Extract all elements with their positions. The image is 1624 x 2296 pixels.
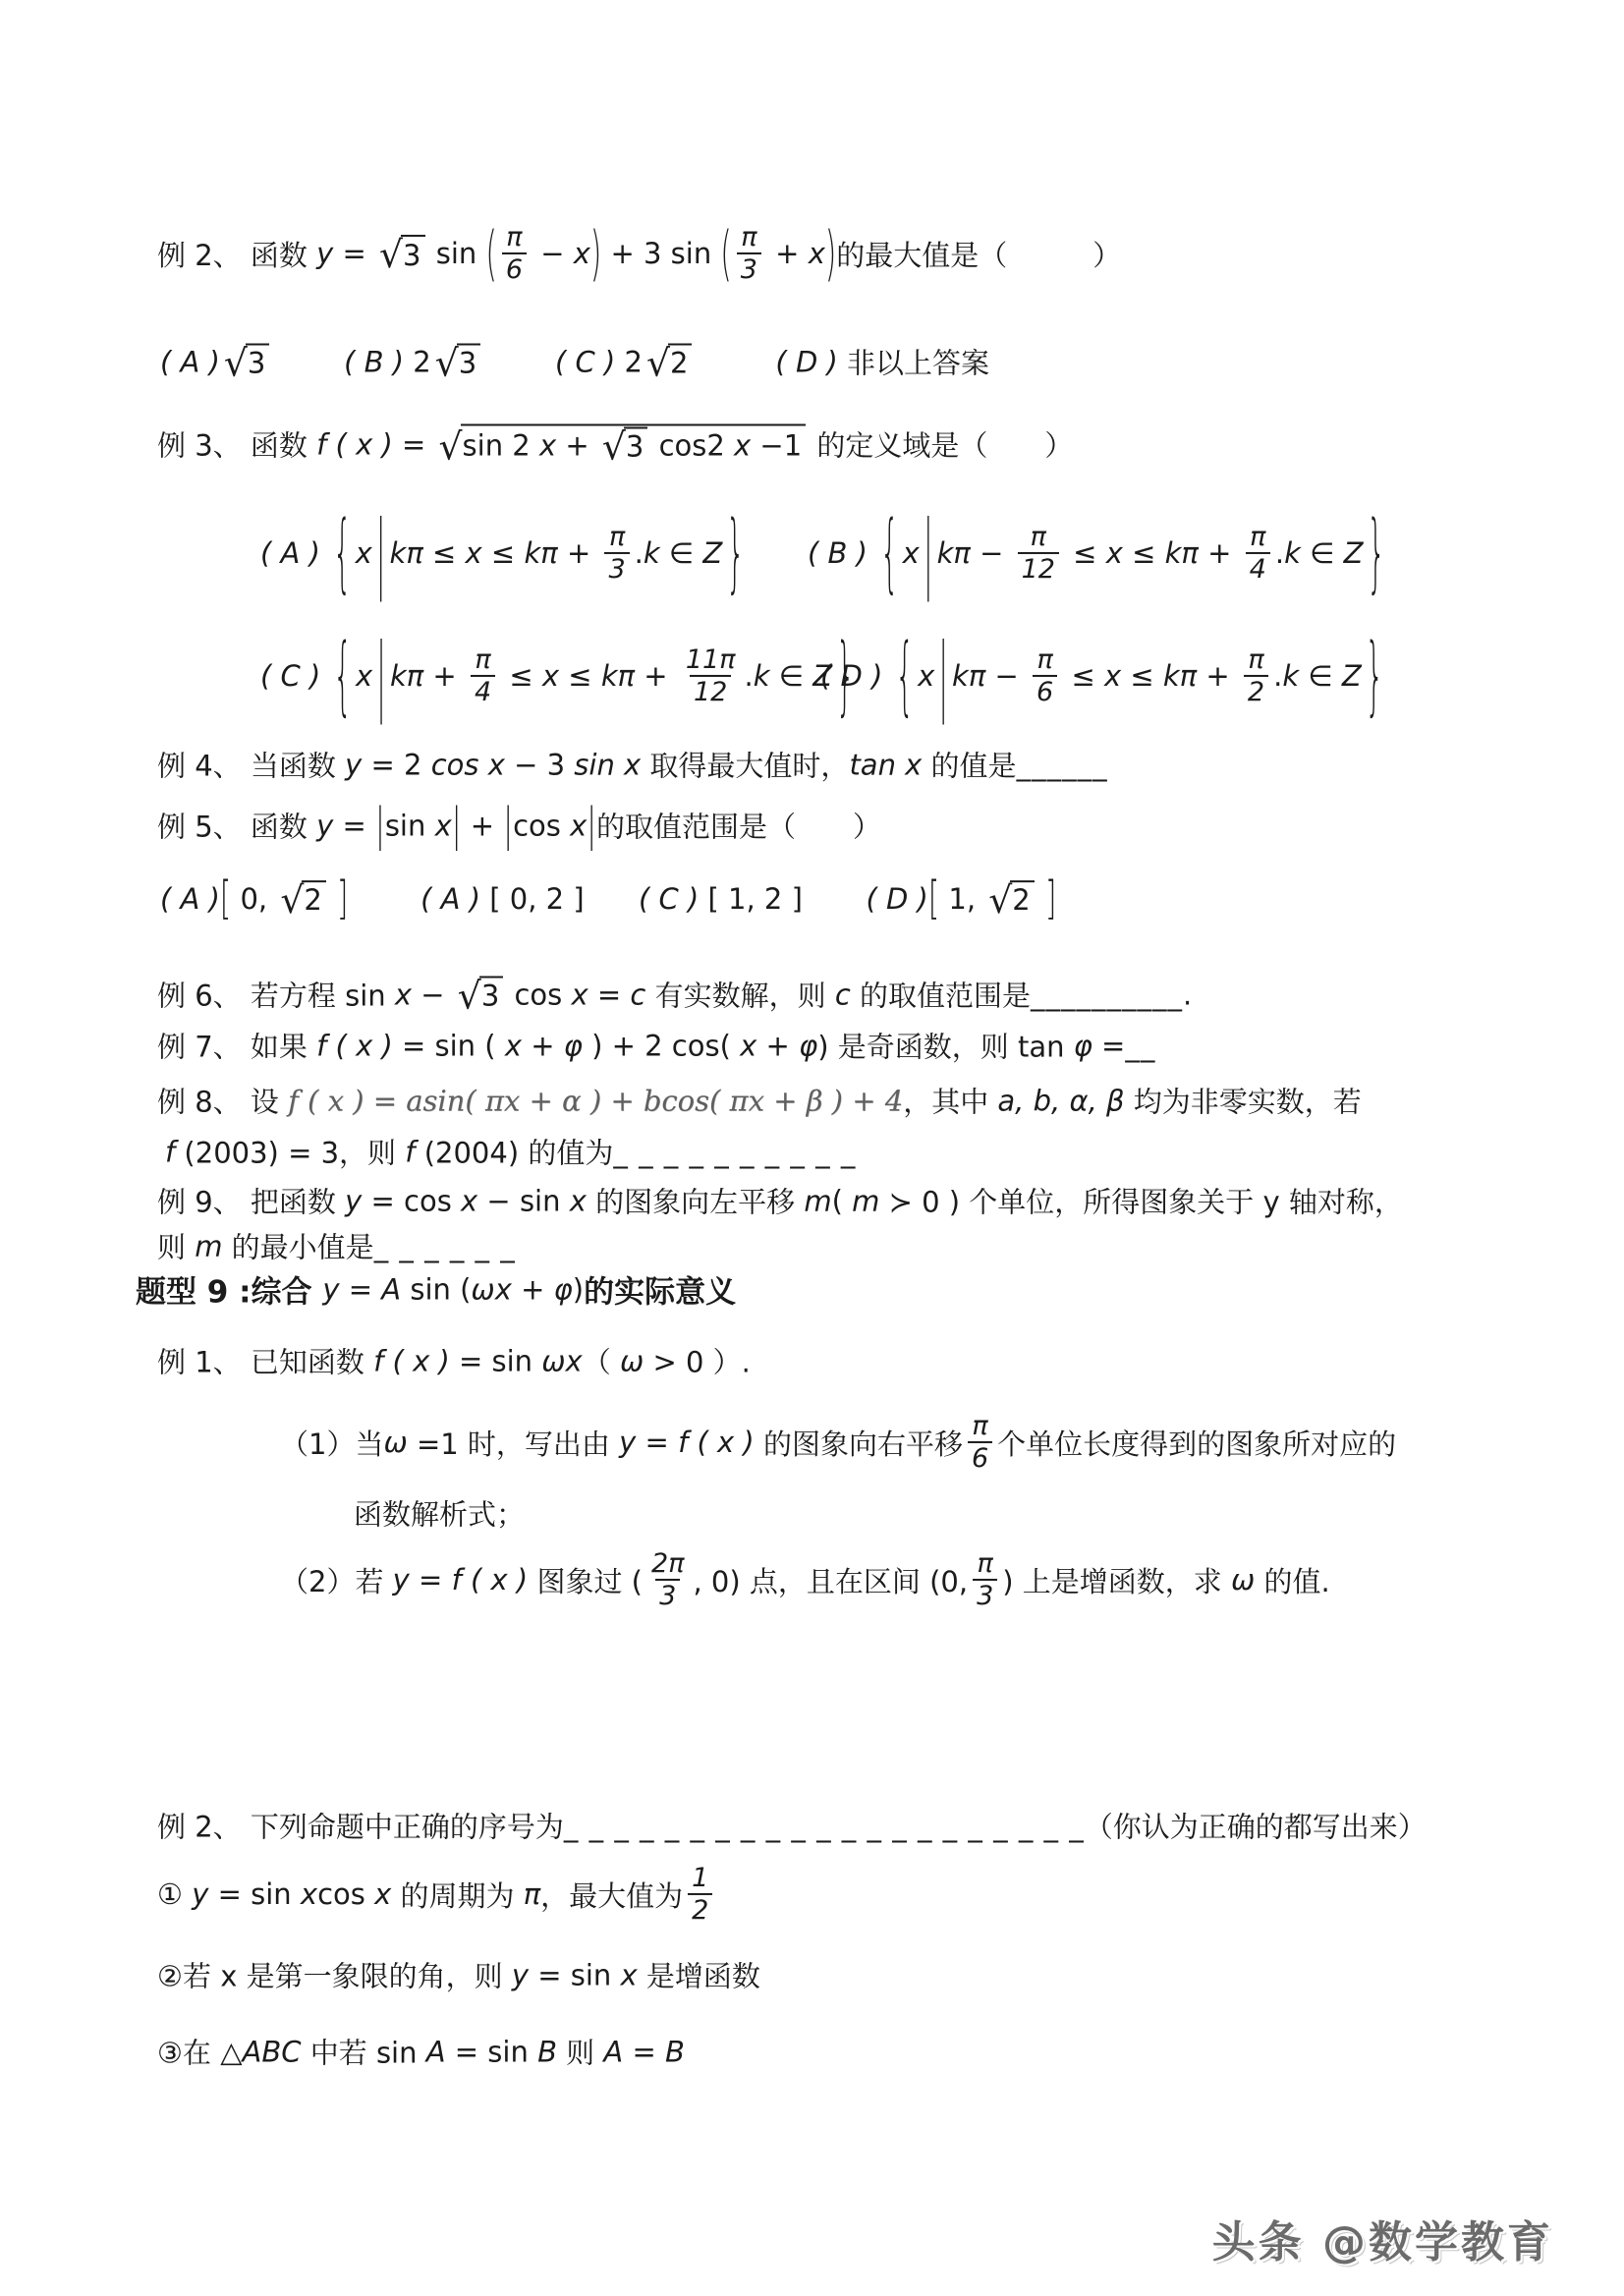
math-text: = — [410, 1563, 452, 1596]
math-text: cos2 — [649, 428, 734, 462]
math-text — [868, 536, 876, 570]
math-text: ) 上是增函数，求 — [1002, 1560, 1231, 1600]
math-text: [ 0, 2 ] — [480, 882, 639, 916]
bold-text: 题型 9 :综合 — [136, 1267, 322, 1312]
math-text: = sin ( — [393, 1029, 505, 1062]
fraction-denominator: 3 — [973, 1579, 997, 1611]
stretched-delimiter: ] — [337, 876, 348, 922]
math-text: 均为非零实数，若 — [1125, 1081, 1362, 1121]
math-text: 的最小值是 — [222, 1226, 373, 1266]
math-text: 取得最大值时， — [641, 745, 849, 785]
problem-t9ex1-part1: （1）当ω =1 时，写出由 y = f ( x ) 的图象向右平移π6个单位长… — [280, 1411, 1396, 1474]
math-text: 的图象向右平移 — [755, 1423, 963, 1463]
math-text: sin — [385, 809, 435, 842]
math-text: + — [1197, 659, 1239, 693]
stretched-delimiter: } — [1366, 634, 1383, 719]
math-italic: f ( x ) — [373, 1344, 450, 1377]
math-italic: y — [345, 1184, 362, 1217]
math-text: 则 — [557, 2032, 603, 2072]
math-text: = — [333, 237, 375, 270]
math-text: 3 — [248, 346, 265, 379]
fraction-denominator: 6 — [968, 1441, 992, 1474]
math-text: − — [985, 659, 1028, 693]
math-italic: Z — [1342, 659, 1362, 693]
radical-sign: √ — [280, 882, 304, 920]
math-text: − 3 — [505, 748, 574, 781]
blank-underline: __________ — [1031, 978, 1183, 1011]
math-italic: x — [374, 1877, 391, 1911]
problem-ex7: 例 7、 如果 f ( x ) = sin ( x + φ ) + 2 cos(… — [157, 1026, 1155, 1066]
stretched-delimiter: } — [726, 511, 744, 596]
math-italic: f — [405, 1135, 415, 1168]
math-text: ) + 2 cos( — [583, 1029, 740, 1062]
math-text: （2）若 — [280, 1560, 393, 1600]
math-text: + 3 sin — [601, 237, 720, 270]
math-italic: ( D ) — [820, 659, 882, 693]
math-text: 的周期为 — [391, 1875, 523, 1915]
math-text: + — [635, 659, 677, 693]
sqrt: √2 — [278, 880, 325, 918]
fraction-numerator: π — [974, 1548, 997, 1579]
math-text: . — [1273, 659, 1282, 693]
math-text — [320, 659, 329, 693]
sqrt: √3 — [433, 343, 480, 380]
math-italic: ( C ) — [260, 659, 320, 693]
math-italic: Z — [1344, 536, 1364, 570]
stretched-delimiter: } — [1367, 511, 1384, 596]
math-text: = — [393, 427, 435, 461]
math-italic: x — [1106, 536, 1123, 570]
fraction-denominator: 2 — [1244, 675, 1268, 707]
stretched-delimiter: { — [896, 634, 914, 719]
fraction: π3 — [604, 522, 629, 585]
math-text — [482, 345, 555, 378]
math-text: (2004) 的值为 — [416, 1132, 614, 1172]
math-italic: B — [665, 2035, 685, 2068]
problem-ex3-option-c: ( C ) {x|kπ + π4 ≤ x ≤ kπ + 11π12.k ∈ Z} — [260, 644, 859, 707]
math-text: [ 1, 2 ] — [699, 882, 866, 916]
fraction-denominator: 6 — [1033, 675, 1057, 707]
section-heading-topic9: 题型 9 :综合 y = A sin (ωx + φ)的实际意义 — [136, 1267, 736, 1312]
problem-ex3-option-a: ( A ) {x|kπ ≤ x ≤ kπ + π3.k ∈ Z} — [260, 522, 749, 585]
radicand: 3 — [479, 976, 503, 1013]
math-italic: A — [603, 2035, 623, 2068]
radical-sign: √ — [379, 237, 403, 274]
stretched-delimiter: { — [333, 511, 351, 596]
math-text: sin — [427, 237, 486, 270]
fraction-denominator: 6 — [502, 252, 527, 285]
math-text: ≤ — [482, 536, 525, 570]
blank-underline: _ _ _ _ _ _ — [374, 1229, 516, 1262]
stretched-delimiter: | — [924, 511, 933, 596]
math-italic: y — [345, 748, 362, 781]
math-text: 函数解析式； — [354, 1493, 525, 1534]
math-text: 的值是 — [922, 745, 1016, 785]
math-italic: m — [852, 1184, 879, 1217]
math-text: ≤ — [1062, 659, 1104, 693]
math-italic: kπ — [937, 536, 971, 570]
problem-ex5-options: ( A )[ 0, √2 ] ( A ) [ 0, 2 ] ( C ) [ 1,… — [160, 880, 1056, 918]
problem-t9ex1-part2: （2）若 y = f ( x ) 图象过 (2π3, 0) 点，且在区间 (0,… — [280, 1548, 1330, 1611]
blank-underline: ______ — [1017, 748, 1108, 781]
math-text: 非以上答案 — [838, 342, 989, 382]
math-italic: y — [393, 1563, 410, 1596]
math-italic: x — [466, 536, 482, 570]
math-text: ∈ — [769, 659, 812, 693]
math-italic: y — [192, 1877, 208, 1911]
math-text: ②若 x 是第一象限的角，则 — [157, 1955, 512, 1995]
stretched-delimiter: | — [587, 803, 596, 848]
math-text: （你认为正确的都写出来） — [1085, 1806, 1427, 1846]
radicand: 3 — [457, 343, 480, 380]
math-italic: ( C ) — [555, 345, 615, 378]
math-text: ) — [573, 1272, 584, 1306]
math-text: = — [623, 2035, 665, 2068]
math-italic: k — [1284, 536, 1301, 570]
problem-ex4: 例 4、 当函数 y = 2 cos x − 3 sin x 取得最大值时，ta… — [157, 745, 1108, 785]
math-italic: ( B ) — [344, 345, 404, 378]
math-italic: c — [835, 978, 851, 1011]
fraction-denominator: 3 — [604, 552, 629, 585]
stretched-delimiter: | — [938, 634, 948, 719]
math-text: . — [744, 659, 753, 693]
fraction: 12 — [688, 1863, 712, 1926]
math-text: −1 — [751, 428, 802, 462]
math-italic: kπ — [390, 536, 423, 570]
radicand: 3 — [246, 343, 269, 380]
math-text: . — [635, 536, 644, 570]
fraction-numerator: π — [1244, 644, 1267, 675]
math-italic: m — [195, 1229, 222, 1262]
stretched-delimiter: ] — [1045, 876, 1056, 922]
math-text: 2 — [304, 883, 321, 917]
math-text: + — [522, 1029, 564, 1062]
math-italic: ωx — [471, 1272, 511, 1306]
fraction-denominator: 12 — [690, 675, 731, 707]
math-italic: y — [322, 1272, 339, 1306]
fraction-numerator: π — [737, 222, 760, 252]
math-text: + — [558, 536, 600, 570]
proposition-3: ③在 △ABC 中若 sin A = sin B 则 A = B — [157, 2032, 685, 2072]
problem-ex3-option-d: ( D ) {x|kπ − π6 ≤ x ≤ kπ + π2.k ∈ Z} — [820, 644, 1387, 707]
fraction: 2π3 — [647, 1548, 688, 1611]
math-italic: x — [809, 237, 825, 270]
blank-underline: _ _ _ _ _ _ _ _ _ _ _ _ _ _ _ _ _ _ _ _ … — [564, 1809, 1085, 1842]
math-text: + — [462, 809, 504, 842]
math-text: 图象过 ( — [528, 1560, 643, 1600]
blank-underline: __ — [1125, 1029, 1155, 1062]
math-text: = — [333, 809, 375, 842]
stretched-delimiter: ( — [485, 224, 496, 284]
math-text: − sin — [477, 1184, 570, 1217]
math-italic: x — [572, 978, 588, 1011]
fraction-denominator: 3 — [737, 252, 761, 285]
fraction-numerator: π — [1246, 522, 1269, 552]
fraction: π6 — [968, 1411, 992, 1474]
math-text: 1, — [939, 882, 984, 916]
math-text: > 0 ）. — [644, 1341, 751, 1381]
math-italic: φ — [799, 1029, 817, 1062]
math-text: + — [756, 1029, 799, 1062]
math-text: 例 8、 设 — [157, 1081, 288, 1121]
math-italic: ( A ) — [160, 882, 220, 916]
math-italic: x — [542, 659, 559, 693]
math-italic: x — [570, 1184, 587, 1217]
problem-t9ex2-stem: 例 2、 下列命题中正确的序号为_ _ _ _ _ _ _ _ _ _ _ _ … — [157, 1806, 1427, 1846]
math-text: ( — [832, 1184, 853, 1217]
math-italic: x — [740, 1029, 756, 1062]
problem-ex9-line1: 例 9、 把函数 y = cos x − sin x 的图象向左平移 m( m … — [157, 1181, 1403, 1221]
stretched-delimiter: { — [334, 634, 352, 719]
formula-image-text: f ( x ) = asin( πx + α ) + bcos( πx + β … — [288, 1084, 903, 1117]
math-italic: x — [734, 428, 751, 462]
math-italic: ( A ) — [260, 536, 320, 570]
math-text: 例 2、 下列命题中正确的序号为 — [157, 1806, 564, 1846]
fraction-numerator: π — [1034, 644, 1057, 675]
problem-t9ex1-stem: 例 1、 已知函数 f ( x ) = sin ωx（ ω > 0 ）. — [157, 1341, 751, 1381]
radical-sign: √ — [646, 345, 670, 382]
math-italic: f — [165, 1135, 175, 1168]
radical-sign: √ — [988, 882, 1012, 920]
radicand: sin 2 x + √3 cos2 x −1 — [461, 424, 807, 465]
stretched-delimiter: ) — [590, 224, 601, 284]
radicand: 3 — [624, 427, 647, 465]
math-text: 中若 sin — [302, 2032, 426, 2072]
math-text: = — [636, 1426, 678, 1459]
math-text: sin ( — [401, 1272, 471, 1306]
fraction: π2 — [1244, 644, 1268, 707]
math-italic: ( A ) — [160, 345, 220, 378]
math-text: 例 9、 把函数 — [157, 1181, 345, 1221]
math-text: ≤ — [500, 659, 542, 693]
math-italic: φ — [554, 1272, 573, 1306]
fraction-numerator: π — [1027, 522, 1050, 552]
math-text: + — [423, 659, 466, 693]
math-text: 个单位长度得到的图象所对应的 — [997, 1423, 1396, 1463]
math-text: − — [971, 536, 1013, 570]
radical-sign: √ — [435, 345, 459, 382]
problem-ex3-option-b: ( B ) {x|kπ − π12 ≤ x ≤ kπ + π4.k ∈ Z} — [808, 522, 1389, 585]
math-text: + — [556, 428, 598, 462]
math-italic: x — [356, 536, 372, 570]
math-text: 3 — [459, 346, 476, 379]
math-text: − — [412, 978, 454, 1011]
math-italic: k — [754, 659, 770, 693]
math-italic: x — [621, 1958, 638, 1991]
math-text: cos — [513, 809, 570, 842]
sqrt: √sin 2 x + √3 cos2 x −1 — [437, 424, 807, 465]
math-text: 的值. — [1255, 1560, 1329, 1600]
math-italic: x — [505, 1029, 522, 1062]
blank-underline: _ _ _ _ _ _ _ _ _ _ — [613, 1135, 856, 1168]
math-text: = sin — [208, 1877, 301, 1911]
math-text: ③在 — [157, 2032, 220, 2072]
math-italic: kπ — [952, 659, 985, 693]
math-text: 2 — [615, 345, 643, 378]
fraction-denominator: 3 — [655, 1579, 680, 1611]
math-text: = — [588, 978, 631, 1011]
math-italic: ω — [383, 1426, 407, 1459]
math-italic: x — [461, 1184, 477, 1217]
fraction-numerator: 2π — [647, 1548, 688, 1579]
fraction: π4 — [1246, 522, 1270, 585]
sqrt: √3 — [600, 427, 647, 465]
math-text: ∈ — [660, 536, 703, 570]
math-text: （1）当 — [280, 1423, 383, 1463]
math-text: − — [532, 237, 574, 270]
math-italic: ω — [620, 1344, 644, 1377]
math-text: 的最大值是（ ） — [836, 234, 1121, 274]
stretched-delimiter: [ — [220, 876, 231, 922]
math-italic: kπ — [1163, 659, 1197, 693]
stretched-delimiter: | — [375, 803, 385, 848]
math-text: = cos — [362, 1184, 461, 1217]
radicand: 2 — [1010, 880, 1034, 918]
math-text: + — [766, 237, 809, 270]
math-italic: x — [1104, 659, 1121, 693]
math-text: 例 3、 函数 — [157, 424, 316, 465]
math-italic: x — [574, 237, 590, 270]
math-text: + — [512, 1272, 554, 1306]
bold-text: 的实际意义 — [584, 1267, 736, 1312]
fraction-numerator: 1 — [688, 1863, 712, 1893]
math-italic: ( D ) — [775, 345, 837, 378]
math-italic: a, b, α, β — [997, 1084, 1124, 1117]
math-text: 2 — [404, 345, 431, 378]
math-text: ≤ — [1121, 659, 1163, 693]
stretched-delimiter: [ — [928, 876, 939, 922]
math-text: ∈ — [1301, 536, 1344, 570]
math-text: 的取值范围是 — [851, 975, 1031, 1015]
math-italic: kπ — [1165, 536, 1199, 570]
math-text: ，最大值为 — [540, 1875, 683, 1915]
math-text: = sin — [529, 1958, 621, 1991]
worksheet-page: 例 2、 函数 y = √3 sin (π6 − x) + 3 sin (π3 … — [0, 0, 1624, 2296]
math-text: 例 2、 函数 — [157, 234, 316, 274]
math-italic: x — [570, 809, 587, 842]
math-text: 的定义域是（ ） — [808, 424, 1073, 465]
math-text — [320, 536, 329, 570]
radical-sign: √ — [602, 429, 626, 467]
math-italic: tan x — [849, 748, 922, 781]
math-text: 3 — [403, 238, 420, 271]
math-text: 的取值范围是（ ） — [596, 806, 881, 846]
math-italic: φ — [1074, 1029, 1092, 1062]
fraction-numerator: π — [502, 222, 526, 252]
math-italic: k — [644, 536, 660, 570]
math-italic: cos x — [431, 748, 505, 781]
math-italic: ( D ) — [866, 882, 927, 916]
fraction: π3 — [973, 1548, 997, 1611]
math-italic: f ( x ) — [316, 1029, 393, 1062]
sqrt: √3 — [456, 976, 503, 1013]
math-text: 则 — [157, 1226, 195, 1266]
math-italic: x — [395, 978, 412, 1011]
math-italic: y — [619, 1426, 636, 1459]
math-text: ≤ — [559, 659, 601, 693]
fraction: π4 — [471, 644, 495, 707]
radicand: 3 — [401, 235, 424, 272]
math-text: 2 — [670, 346, 688, 379]
math-text: ≤ — [1064, 536, 1106, 570]
math-italic: ( B ) — [808, 536, 868, 570]
math-italic: ωx — [541, 1344, 582, 1377]
math-text — [882, 659, 891, 693]
math-text: 是增函数 — [638, 1955, 760, 1995]
radical-sign: √ — [439, 429, 463, 467]
fraction-numerator: 11π — [682, 644, 740, 675]
fraction-numerator: π — [968, 1411, 991, 1441]
math-text: , 0) 点，且在区间 (0, — [693, 1560, 968, 1600]
math-italic: x — [356, 659, 372, 693]
math-text: 例 7、 如果 — [157, 1026, 316, 1066]
math-text: =1 时，写出由 — [408, 1423, 619, 1463]
math-text: 2 — [1012, 883, 1030, 917]
problem-ex3-stem: 例 3、 函数 f ( x ) = √sin 2 x + √3 cos2 x −… — [157, 424, 1073, 465]
math-italic: f ( x ) — [316, 427, 393, 461]
math-text — [348, 882, 420, 916]
math-italic: A — [381, 1272, 401, 1306]
sqrt: √3 — [377, 235, 424, 272]
problem-ex6: 例 6、 若方程 sin x − √3 cos x = c 有实数解，则 c 的… — [157, 975, 1192, 1015]
sqrt: √3 — [222, 343, 269, 380]
fraction: π12 — [1018, 522, 1059, 585]
math-text — [328, 882, 337, 916]
math-italic: sin x — [574, 748, 641, 781]
math-italic: ω — [1231, 1563, 1255, 1596]
math-text — [694, 345, 775, 378]
math-text: ≤ — [423, 536, 466, 570]
math-italic: Z — [702, 536, 722, 570]
watermark-toutiao: 头条 @数学教育 — [1212, 2207, 1553, 2269]
math-italic: k — [1282, 659, 1299, 693]
math-text: = sin — [446, 2035, 538, 2068]
math-italic: x — [539, 428, 556, 462]
fraction-numerator: π — [605, 522, 629, 552]
problem-ex8-line2: f (2003) = 3，则 f (2004) 的值为_ _ _ _ _ _ _… — [165, 1132, 856, 1172]
math-italic: ( C ) — [639, 882, 699, 916]
math-text: = — [1092, 1029, 1126, 1062]
math-italic: x — [903, 536, 920, 570]
radical-sign: √ — [458, 978, 481, 1015]
math-text: 例 4、 当函数 — [157, 745, 345, 785]
math-text: = 2 — [362, 748, 430, 781]
math-text: . — [1183, 978, 1192, 1011]
stretched-delimiter: | — [452, 803, 462, 848]
math-italic: △ABC — [220, 2035, 301, 2068]
math-italic: ( A ) — [420, 882, 480, 916]
math-italic: kπ — [390, 659, 423, 693]
math-italic: φ — [564, 1029, 583, 1062]
radical-sign: √ — [224, 345, 248, 382]
math-text: . — [1275, 536, 1284, 570]
problem-ex8-line1: 例 8、 设 f ( x ) = asin( πx + α ) + bcos( … — [157, 1081, 1362, 1121]
math-italic: π — [524, 1877, 540, 1911]
math-text: ≤ — [1123, 536, 1165, 570]
fraction-numerator: π — [471, 644, 494, 675]
math-text — [271, 345, 344, 378]
math-italic: y — [512, 1958, 529, 1991]
math-italic: f ( x ) — [678, 1426, 755, 1459]
stretched-delimiter: | — [503, 803, 513, 848]
math-text: 的图象向左平移 — [587, 1181, 804, 1221]
math-text: (2003) = 3，则 — [175, 1132, 405, 1172]
math-text: （ — [583, 1341, 620, 1381]
fraction: π6 — [502, 222, 527, 285]
fraction-denominator: 12 — [1018, 552, 1059, 585]
math-text: sin 2 — [463, 428, 539, 462]
math-italic: A — [426, 2035, 446, 2068]
